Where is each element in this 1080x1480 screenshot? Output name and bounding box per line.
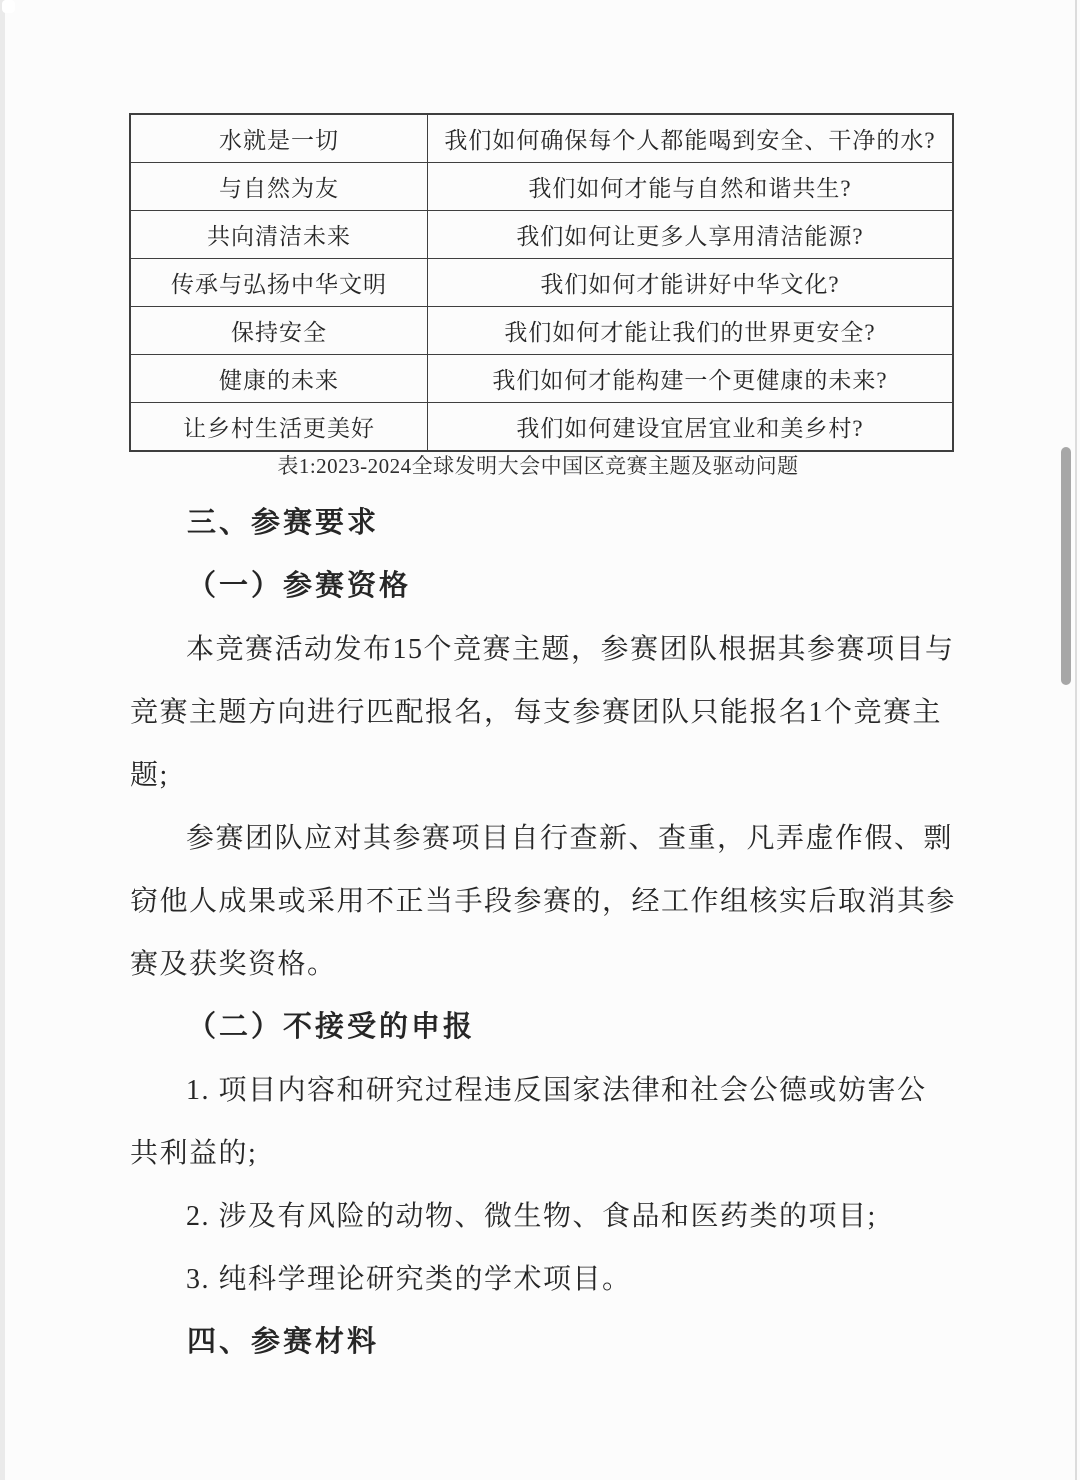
- text-line: （一）参赛资格: [130, 552, 960, 615]
- question-cell: 我们如何才能让我们的世界更安全?: [428, 306, 954, 354]
- table-caption: 表1:2023-2024全球发明大会中国区竞赛主题及驱动问题: [0, 451, 1076, 481]
- text-line: 题;: [130, 741, 960, 804]
- theme-cell: 传承与弘扬中华文明: [130, 259, 428, 307]
- table-row: 健康的未来 我们如何才能构建一个更健康的未来?: [130, 354, 953, 402]
- text-line: 共利益的;: [130, 1119, 960, 1182]
- table-row: 传承与弘扬中华文明 我们如何才能讲好中华文化?: [130, 259, 953, 307]
- question-cell: 我们如何让更多人享用清洁能源?: [428, 211, 954, 259]
- table-row: 与自然为友 我们如何才能与自然和谐共生?: [130, 163, 953, 211]
- themes-table-body: 水就是一切 我们如何确保每个人都能喝到安全、干净的水? 与自然为友 我们如何才能…: [130, 114, 953, 451]
- theme-cell: 水就是一切: [130, 114, 428, 163]
- document-body: 三、参赛要求 （一）参赛资格 本竞赛活动发布15个竞赛主题，参赛团队根据其参赛项…: [130, 489, 960, 1371]
- text-line: 参赛团队应对其参赛项目自行查新、查重，凡弄虚作假、剽: [130, 804, 960, 867]
- scrollbar-thumb[interactable]: [1061, 447, 1071, 685]
- page-right-divider: [1075, 0, 1077, 1480]
- theme-cell: 保持安全: [130, 306, 428, 354]
- text-line: 2. 涉及有风险的动物、微生物、食品和医药类的项目;: [130, 1182, 960, 1245]
- text-line: 3. 纯科学理论研究类的学术项目。: [130, 1245, 960, 1308]
- theme-cell: 让乡村生活更美好: [130, 402, 428, 451]
- text-line: 本竞赛活动发布15个竞赛主题，参赛团队根据其参赛项目与: [130, 615, 960, 678]
- question-cell: 我们如何才能与自然和谐共生?: [428, 163, 954, 211]
- text-line: 赛及获奖资格。: [130, 930, 960, 993]
- text-line: 三、参赛要求: [130, 489, 960, 552]
- theme-cell: 与自然为友: [130, 163, 428, 211]
- left-edge-strip: [0, 0, 5, 1480]
- question-cell: 我们如何才能讲好中华文化?: [428, 259, 954, 307]
- text-line: （二）不接受的申报: [130, 993, 960, 1056]
- table-row: 水就是一切 我们如何确保每个人都能喝到安全、干净的水?: [130, 114, 953, 163]
- top-left-corner-chip: [2, 0, 15, 13]
- text-line: 四、参赛材料: [130, 1308, 960, 1371]
- table-row: 保持安全 我们如何才能让我们的世界更安全?: [130, 306, 953, 354]
- themes-table: 水就是一切 我们如何确保每个人都能喝到安全、干净的水? 与自然为友 我们如何才能…: [129, 113, 954, 452]
- scrollbar-track[interactable]: [1057, 0, 1075, 1480]
- text-line: 1. 项目内容和研究过程违反国家法律和社会公德或妨害公: [130, 1056, 960, 1119]
- theme-cell: 共向清洁未来: [130, 211, 428, 259]
- question-cell: 我们如何确保每个人都能喝到安全、干净的水?: [428, 114, 954, 163]
- document-page: 水就是一切 我们如何确保每个人都能喝到安全、干净的水? 与自然为友 我们如何才能…: [0, 0, 1080, 1480]
- theme-cell: 健康的未来: [130, 354, 428, 402]
- text-line: 窃他人成果或采用不正当手段参赛的，经工作组核实后取消其参: [130, 867, 960, 930]
- table-row: 共向清洁未来 我们如何让更多人享用清洁能源?: [130, 211, 953, 259]
- table-row: 让乡村生活更美好 我们如何建设宜居宜业和美乡村?: [130, 402, 953, 451]
- question-cell: 我们如何建设宜居宜业和美乡村?: [428, 402, 954, 451]
- text-line: 竞赛主题方向进行匹配报名，每支参赛团队只能报名1个竞赛主: [130, 678, 960, 741]
- question-cell: 我们如何才能构建一个更健康的未来?: [428, 354, 954, 402]
